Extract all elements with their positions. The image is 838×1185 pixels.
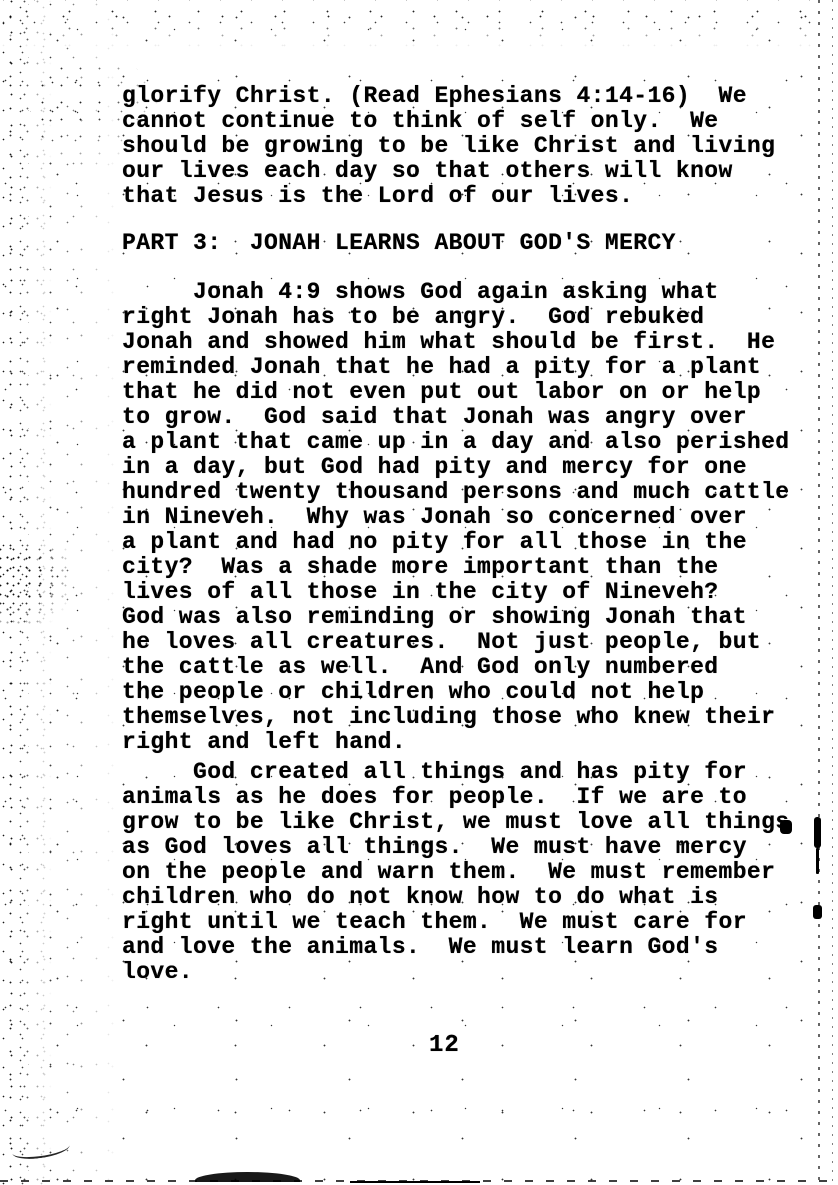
text-line: God created all things and has pity for xyxy=(122,760,828,785)
text-line: love. xyxy=(122,960,828,985)
text-line: themselves, not including those who knew… xyxy=(122,705,828,730)
scanned-document-page: glorify Christ. (Read Ephesians 4:14-16)… xyxy=(0,0,838,1185)
text-line: right and left hand. xyxy=(122,730,828,755)
text-line: that Jesus is the Lord of our lives. xyxy=(122,184,828,209)
scan-noise-left-edge xyxy=(0,0,52,1185)
text-line: right Jonah has to be angry. God rebuked xyxy=(122,305,828,330)
text-line: a plant and had no pity for all those in… xyxy=(122,530,828,555)
text-line: a plant that came up in a day and also p… xyxy=(122,430,828,455)
text-line: that he did not even put out labor on or… xyxy=(122,380,828,405)
text-line: the cattle as well. And God only numbere… xyxy=(122,655,828,680)
scan-noise-left-fade xyxy=(28,0,118,1185)
scan-noise-top-edge xyxy=(0,0,838,48)
text-line: God was also reminding or showing Jonah … xyxy=(122,605,828,630)
text-line: the people or children who could not hel… xyxy=(122,680,828,705)
scan-mark-curve xyxy=(11,1137,71,1162)
text-line: reminded Jonah that he had a pity for a … xyxy=(122,355,828,380)
text-line: lives of all those in the city of Nineve… xyxy=(122,580,828,605)
scan-noise-midleft-cluster xyxy=(0,548,70,628)
text-line: and love the animals. We must learn God'… xyxy=(122,935,828,960)
text-line: right until we teach them. We must care … xyxy=(122,910,828,935)
scan-bottom-edge-segment xyxy=(350,1181,480,1183)
paragraph-intro: glorify Christ. (Read Ephesians 4:14-16)… xyxy=(122,84,828,209)
text-line: cannot continue to think of self only. W… xyxy=(122,109,828,134)
scan-bottom-edge-line xyxy=(0,1180,838,1182)
text-line: city? Was a shade more important than th… xyxy=(122,555,828,580)
text-line: our lives each day so that others will k… xyxy=(122,159,828,184)
text-line: should be growing to be like Christ and … xyxy=(122,134,828,159)
text-line: hundred twenty thousand persons and much… xyxy=(122,480,828,505)
text-line: as God loves all things. We must have me… xyxy=(122,835,828,860)
text-line: Jonah 4:9 shows God again asking what xyxy=(122,280,828,305)
text-line: on the people and warn them. We must rem… xyxy=(122,860,828,885)
paragraph-god-created: God created all things and has pity fora… xyxy=(122,760,828,985)
scan-bottom-blob xyxy=(195,1172,300,1182)
section-heading: PART 3: JONAH LEARNS ABOUT GOD'S MERCY xyxy=(122,231,828,256)
text-line: in a day, but God had pity and mercy for… xyxy=(122,455,828,480)
paragraph-jonah-4-9: Jonah 4:9 shows God again asking whatrig… xyxy=(122,280,828,755)
page-number: 12 xyxy=(429,1033,460,1059)
scan-right-edge-dots xyxy=(832,0,833,1185)
text-line: to grow. God said that Jonah was angry o… xyxy=(122,405,828,430)
text-line: Jonah and showed him what should be firs… xyxy=(122,330,828,355)
text-line: children who do not know how to do what … xyxy=(122,885,828,910)
text-line: glorify Christ. (Read Ephesians 4:14-16)… xyxy=(122,84,828,109)
text-line: he loves all creatures. Not just people,… xyxy=(122,630,828,655)
text-line: animals as he does for people. If we are… xyxy=(122,785,828,810)
text-line: grow to be like Christ, we must love all… xyxy=(122,810,828,835)
text-line: in Nineveh. Why was Jonah so concerned o… xyxy=(122,505,828,530)
